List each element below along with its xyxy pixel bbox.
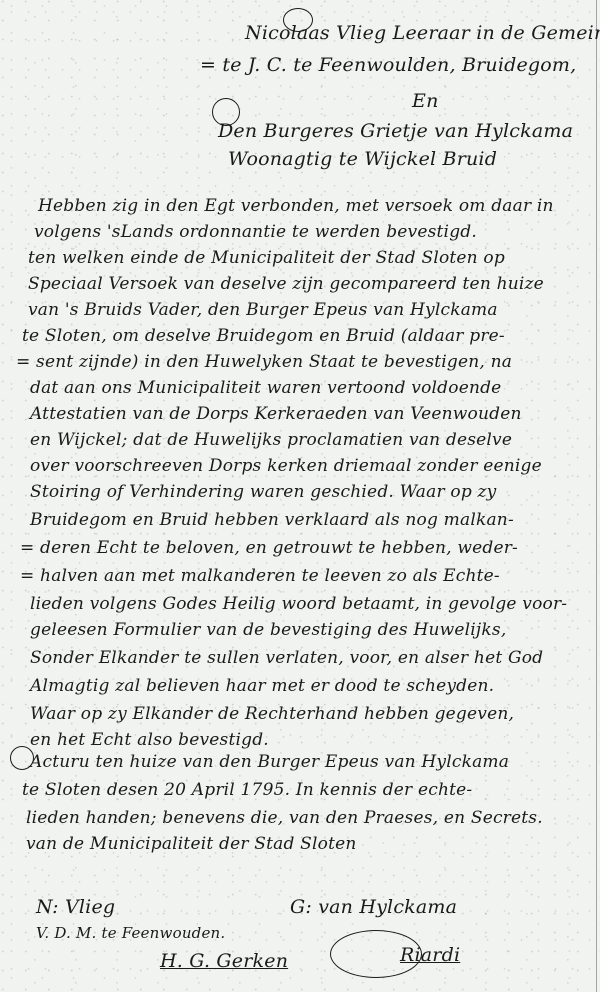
header-line-1: Nicolaas Vlieg Leeraar in de Gemeinte <box>245 22 600 44</box>
body-line: lieden handen; benevens die, van den Pra… <box>26 808 543 828</box>
body-line: van 's Bruids Vader, den Burger Epeus va… <box>28 300 498 320</box>
body-line: Hebben zig in den Egt verbonden, met ver… <box>38 196 554 216</box>
signature-gerken: H. G. Gerken <box>160 950 288 972</box>
body-line: geleesen Formulier van de bevestiging de… <box>30 620 506 640</box>
body-line: volgens 'sLands ordonnantie te werden be… <box>34 222 477 242</box>
body-line: en het Echt also bevestigd. <box>30 730 269 750</box>
body-line: dat aan ons Municipaliteit waren vertoon… <box>30 378 501 398</box>
body-line: Speciaal Versoek van deselve zijn gecomp… <box>28 274 544 294</box>
body-line: te Sloten, om deselve Bruidegom en Bruid… <box>22 326 505 346</box>
body-line: Attestatien van de Dorps Kerkeraeden van… <box>30 404 522 424</box>
body-line: te Sloten desen 20 April 1795. In kennis… <box>22 780 472 800</box>
body-line: = deren Echt te beloven, en getrouwt te … <box>20 538 518 558</box>
body-line: Stoiring of Verhindering waren geschied.… <box>30 482 497 502</box>
header-line-2: = te J. C. te Feenwoulden, Bruidegom, <box>200 54 576 76</box>
body-line: ten welken einde de Municipaliteit der S… <box>28 248 505 268</box>
body-line: over voorschreeven Dorps kerken driemaal… <box>30 456 542 476</box>
body-line: = sent zijnde) in den Huwelyken Staat te… <box>16 352 512 372</box>
header-line-3: En <box>412 90 439 112</box>
body-line: = halven aan met malkanderen te leeven z… <box>20 566 500 586</box>
body-line: Sonder Elkander te sullen verlaten, voor… <box>30 648 543 668</box>
page-edge <box>596 0 597 992</box>
body-line: lieden volgens Godes Heilig woord betaam… <box>30 594 567 614</box>
body-line: Almagtig zal believen haar met er dood t… <box>30 676 494 696</box>
signature-hylckama: G: van Hylckama <box>290 896 457 918</box>
header-line-4: Den Burgeres Grietje van Hylckama <box>218 120 573 142</box>
body-line: Acturu ten huize van den Burger Epeus va… <box>30 752 509 772</box>
body-line: en Wijckel; dat de Huwelijks proclamatie… <box>30 430 512 450</box>
header-line-5: Woonagtig te Wijckel Bruid <box>228 148 497 170</box>
signature-riardi: Riardi <box>400 944 460 966</box>
signature-vlieg: N: Vlieg <box>36 896 115 918</box>
body-line: Bruidegom en Bruid hebben verklaard als … <box>30 510 514 530</box>
body-line: van de Municipaliteit der Stad Sloten <box>26 834 357 854</box>
body-line: Waar op zy Elkander de Rechterhand hebbe… <box>30 704 514 724</box>
signature-vlieg-title: V. D. M. te Feenwouden. <box>36 924 225 942</box>
